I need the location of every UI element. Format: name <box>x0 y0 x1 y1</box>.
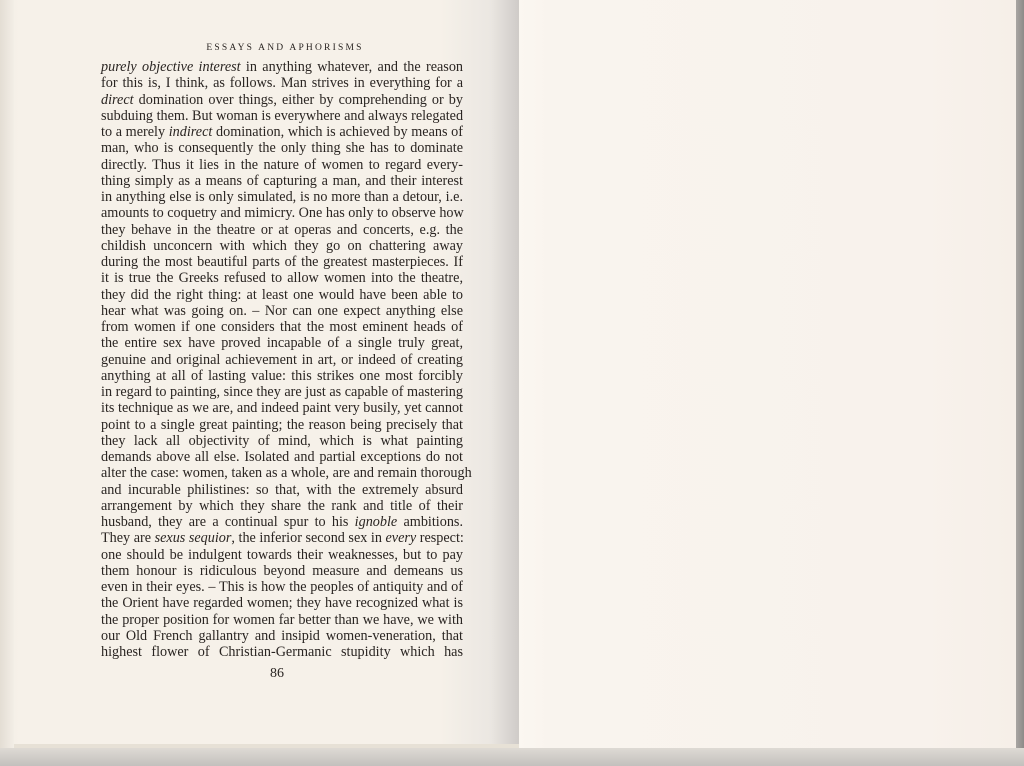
text-line: husband, they are a continual spur to hi… <box>101 514 463 530</box>
text-line: amounts to coquetry and mimicry. One has… <box>101 205 463 221</box>
italic-phrase: purely objective interest <box>101 59 241 75</box>
text-line: its technique as we are, and indeed pain… <box>101 400 463 416</box>
text-line: in regard to painting, since they are ju… <box>101 384 463 400</box>
italic-phrase: indirect <box>169 124 213 140</box>
text-line: for this is, I think, as follows. Man st… <box>101 75 463 91</box>
left-page: ESSAYS AND APHORISMS purely objective in… <box>0 0 519 750</box>
text-line: and incurable philistines: so that, with… <box>101 482 463 498</box>
text-line: hear what was going on. – Nor can one ex… <box>101 303 463 319</box>
text-line: they did the right thing: at least one w… <box>101 287 463 303</box>
running-head-left: ESSAYS AND APHORISMS <box>100 43 470 53</box>
text-line: childish unconcern with which they go on… <box>101 238 463 254</box>
text-line: thing simply as a means of capturing a m… <box>101 173 463 189</box>
text-line: they behave in the theatre or at operas … <box>101 222 463 238</box>
text-line: highest flower of Christian-Germanic stu… <box>101 644 463 660</box>
book-edge-right <box>1016 0 1024 766</box>
book-spread: ESSAYS AND APHORISMS purely objective in… <box>0 0 1024 766</box>
text-line: direct domination over things, either by… <box>101 92 463 108</box>
text-line: one should be indulgent towards their we… <box>101 547 463 563</box>
italic-phrase: ignoble <box>355 514 398 530</box>
text-line: point to a single great painting; the re… <box>101 417 463 433</box>
text-line: them honour is ridiculous beyond measure… <box>101 563 463 579</box>
text-line: subduing them. But woman is everywhere a… <box>101 108 463 124</box>
text-line: genuine and original achievement in art,… <box>101 352 463 368</box>
right-page: ON WOMEN served only to make women so ru… <box>519 0 1016 750</box>
text-line: they lack all objectivity of mind, which… <box>101 433 463 449</box>
text-line: the Orient have regarded women; they hav… <box>101 595 463 611</box>
text-line: They are sexus sequior, the inferior sec… <box>101 530 463 546</box>
text-line: even in their eyes. – This is how the pe… <box>101 579 463 595</box>
italic-phrase: sexus sequior <box>155 530 232 546</box>
text-line: the entire sex have proved incapable of … <box>101 335 463 351</box>
text-line: alter the case: women, taken as a whole,… <box>101 465 463 481</box>
text-line: in anything else is only simulated, is n… <box>101 189 463 205</box>
text-line: anything at all of lasting value: this s… <box>101 368 463 384</box>
left-page-body: purely objective interest in anything wh… <box>101 59 463 660</box>
text-line: the proper position for women far better… <box>101 612 463 628</box>
italic-phrase: direct <box>101 92 134 108</box>
page-number-left: 86 <box>247 666 307 682</box>
text-line: from women if one considers that the mos… <box>101 319 463 335</box>
text-line: purely objective interest in anything wh… <box>101 59 463 75</box>
text-line: arrangement by which they share the rank… <box>101 498 463 514</box>
text-line: to a merely indirect domination, which i… <box>101 124 463 140</box>
italic-phrase: every <box>385 530 416 546</box>
text-line: man, who is consequently the only thing … <box>101 140 463 156</box>
text-line: it is true the Greeks refused to allow w… <box>101 270 463 286</box>
text-line: directly. Thus it lies in the nature of … <box>101 157 463 173</box>
text-line: during the most beautiful parts of the g… <box>101 254 463 270</box>
book-edge-bottom <box>0 748 1024 766</box>
text-line: our Old French gallantry and insipid wom… <box>101 628 463 644</box>
text-line: demands above all else. Isolated and par… <box>101 449 463 465</box>
